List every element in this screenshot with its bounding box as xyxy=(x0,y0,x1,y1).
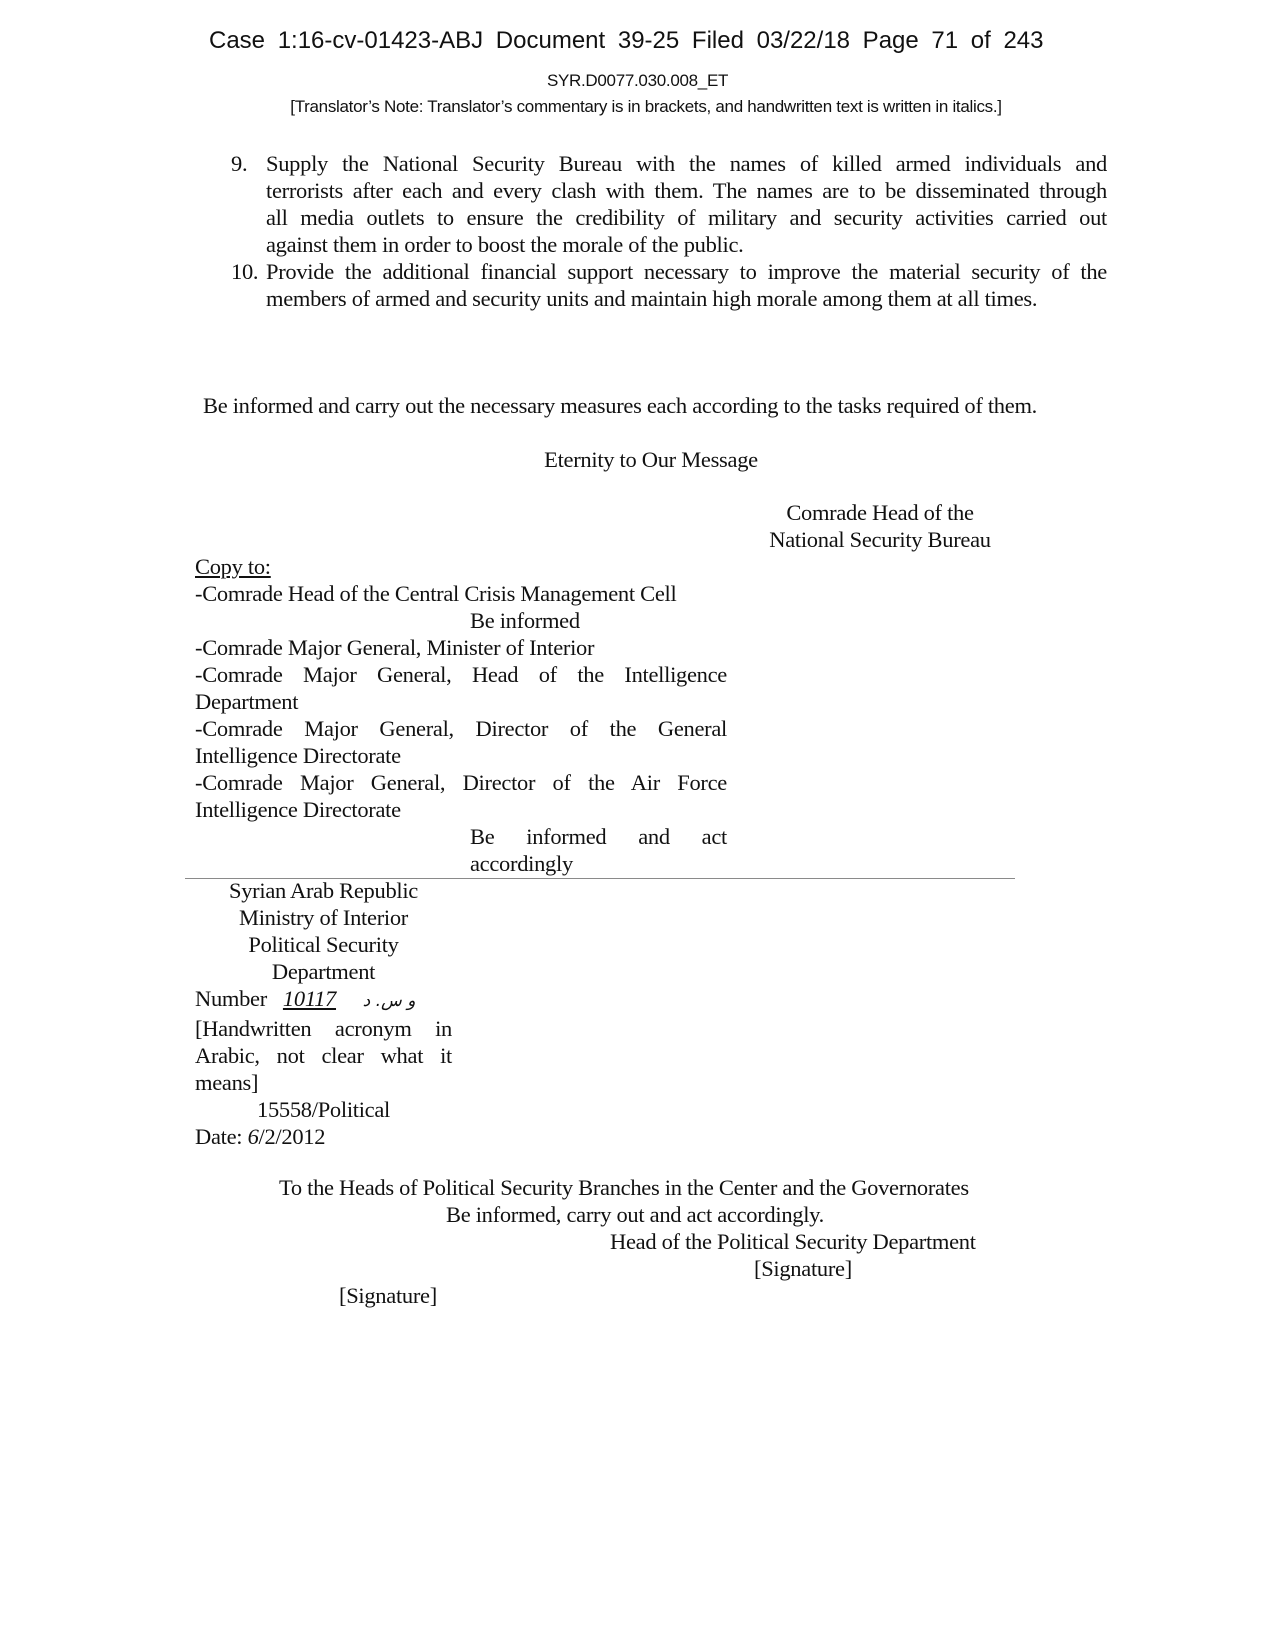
instruction-text: Be informed and carry out the necessary … xyxy=(203,392,1037,419)
list-line: all media outlets to ensure the credibil… xyxy=(266,204,1107,231)
signature-left: [Signature] xyxy=(339,1282,437,1309)
copy-to-block: Copy to: -Comrade Head of the Central Cr… xyxy=(195,553,727,877)
date-handwritten: 6 xyxy=(248,1124,259,1149)
reference-number: 15558/Political xyxy=(195,1096,452,1123)
signer-title: Head of the Political Security Departmen… xyxy=(610,1228,976,1255)
signature-right: [Signature] xyxy=(754,1255,852,1282)
letterhead-block: Syrian Arab Republic Ministry of Interio… xyxy=(195,877,452,1150)
letterhead-line: Department xyxy=(195,958,452,985)
addressee-line: To the Heads of Political Security Branc… xyxy=(279,1174,969,1201)
list-line: Provide the additional financial support… xyxy=(266,258,1107,285)
letterhead-line: Syrian Arab Republic xyxy=(195,877,452,904)
closing-salutation: Eternity to Our Message xyxy=(0,446,1275,473)
date-label: Date: xyxy=(195,1124,242,1149)
list-number: 10. xyxy=(231,258,258,285)
letterhead-line: Ministry of Interior xyxy=(195,904,452,931)
letterhead-line: Political Security xyxy=(195,931,452,958)
list-line: members of armed and security units and … xyxy=(266,285,1107,312)
list-line: terrorists after each and every clash wi… xyxy=(266,177,1107,204)
copy-recipient: -Comrade Major General, Minister of Inte… xyxy=(195,634,727,661)
copy-recipient-cont: Department xyxy=(195,688,727,715)
copy-recipient: -Comrade Major General, Director of the … xyxy=(195,715,727,742)
date-printed: /2/2012 xyxy=(259,1124,326,1149)
case-stamp: Case 1:16-cv-01423-ABJ Document 39-25 Fi… xyxy=(209,27,1044,55)
signatory-line-1: Comrade Head of the xyxy=(720,499,1040,526)
arabic-acronym: و س. د xyxy=(363,991,416,1011)
copy-recipient-cont: Intelligence Directorate xyxy=(195,742,727,769)
number-handwritten: 10117 xyxy=(283,986,336,1011)
copy-recipient: -Comrade Head of the Central Crisis Mana… xyxy=(195,580,727,607)
translator-comment: [Handwritten acronym in xyxy=(195,1015,452,1042)
translator-comment: Arabic, not clear what it xyxy=(195,1042,452,1069)
list-number: 9. xyxy=(231,150,247,177)
bates-number: SYR.D0077.030.008_ET xyxy=(0,70,1275,92)
copy-recipient-cont: Intelligence Directorate xyxy=(195,796,727,823)
signatory-title: Comrade Head of the National Security Bu… xyxy=(720,499,1040,553)
list-item-9: 9. Supply the National Security Bureau w… xyxy=(231,150,1107,258)
directive-line: Be informed, carry out and act according… xyxy=(446,1201,824,1228)
document-date: Date: 6/2/2012 xyxy=(195,1123,452,1150)
translator-comment: means] xyxy=(195,1069,452,1096)
list-line: against them in order to boost the moral… xyxy=(266,231,1107,258)
copy-recipient: -Comrade Major General, Head of the Inte… xyxy=(195,661,727,688)
copy-recipient: -Comrade Major General, Director of the … xyxy=(195,769,727,796)
copy-action: Be informed xyxy=(195,607,727,634)
translator-note: [Translator’s Note: Translator’s comment… xyxy=(0,96,1275,118)
document-number: Number 10117 و س. د xyxy=(195,985,452,1015)
list-item-10: 10. Provide the additional financial sup… xyxy=(231,258,1107,312)
copy-to-label: Copy to: xyxy=(195,553,727,580)
list-line: Supply the National Security Bureau with… xyxy=(266,150,1107,177)
signatory-line-2: National Security Bureau xyxy=(720,526,1040,553)
number-label: Number xyxy=(195,986,267,1011)
copy-final-action-cont: accordingly xyxy=(195,850,727,877)
copy-final-action: Be informed and act xyxy=(195,823,727,850)
